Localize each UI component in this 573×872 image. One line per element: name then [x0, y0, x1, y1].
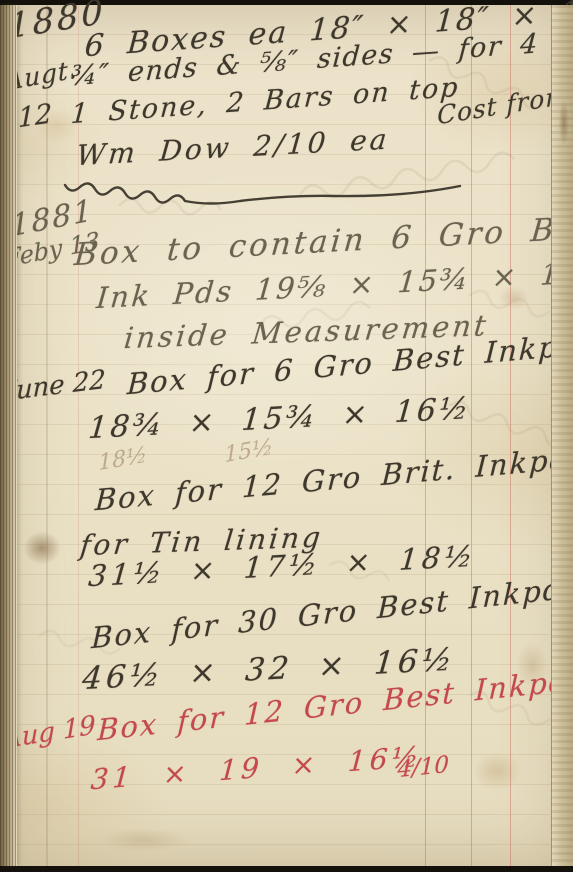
ledger-page: 1880 6 Boxes ea 18″ × 18″ × 14″ Augt. ¾″… [0, 5, 573, 866]
ledger-column-rule-1 [425, 5, 426, 866]
ledger-column-rule-3 [510, 5, 511, 866]
page-stack-edge [551, 5, 573, 866]
foxing-stain [80, 823, 210, 857]
entry-aug1881-price: 4/10 [397, 752, 449, 784]
wavy-separator-line [50, 157, 550, 197]
ledger-column-rule-2 [471, 5, 472, 866]
foxing-stain [462, 743, 532, 799]
ledger-photo: 1880 6 Boxes ea 18″ × 18″ × 14″ Augt. ¾″… [0, 0, 573, 872]
entry-1880-day: 12 [18, 98, 52, 134]
page-corner-curl [557, 93, 571, 153]
book-binding-edge [0, 5, 17, 866]
ink-smudge-stain [16, 525, 68, 571]
